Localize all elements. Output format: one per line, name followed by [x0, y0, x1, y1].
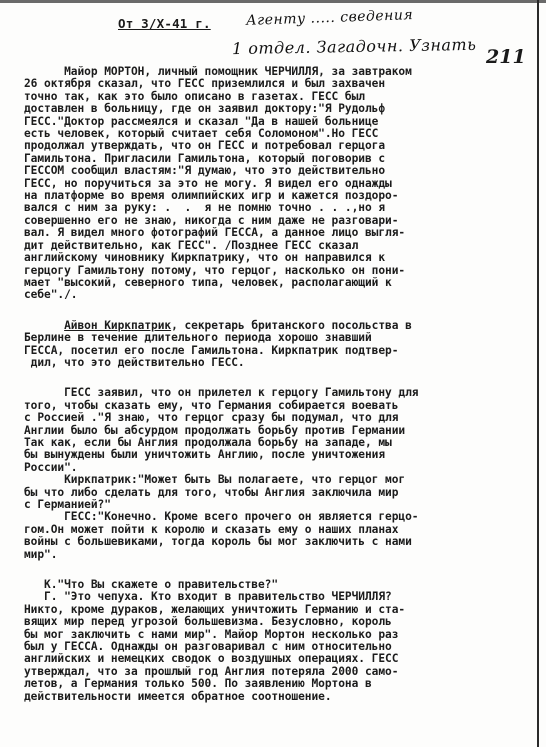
text-line: продолжал утверждать, что он ГЕСС и потр…: [24, 140, 514, 152]
text-line: английских и немецких сводок о воздушных…: [24, 653, 514, 665]
text-line: вал. Я видел много фотографий ГЕССА, а д…: [24, 227, 514, 239]
text-line: 26 октября сказал, что ГЕСС приземлился …: [24, 78, 514, 90]
document-body: Майор МОРТОН, личный помощник ЧЕРЧИЛЛЯ, …: [24, 66, 514, 703]
text-line: летов, а Германия только 500. По заявлен…: [24, 678, 514, 690]
text-line: ГЕСС:"Конечно. Кроме всего прочего он яв…: [24, 511, 514, 523]
underlined-name: Айвон Киркпатрик: [64, 319, 171, 332]
page-number: 211: [486, 46, 526, 68]
text-line: мает "высокий, северного типа, человек, …: [24, 277, 514, 289]
paragraph-kirkpatrick-visit: Айвон Киркпатрик, секретарь британского …: [24, 320, 514, 370]
text-line: бы вынуждены были уничтожить Англию, пос…: [24, 449, 514, 461]
text-line: доставлен в больницу, где он заявил докт…: [24, 103, 514, 115]
paragraph-morton-report: Майор МОРТОН, личный помощник ЧЕРЧИЛЛЯ, …: [24, 66, 514, 302]
text-line: дил, что это действительно ГЕСС.: [24, 357, 514, 369]
text-line: вящих мир перед угрозой большевизма. Без…: [24, 616, 514, 628]
text-line: ГЕСС заявил, что он прилетел к герцогу Г…: [24, 387, 514, 399]
text-line: с Россией ."Я знаю, что герцог сразу бы …: [24, 412, 514, 424]
text-line: себе"./.: [24, 289, 514, 301]
handwritten-note-line-2: 1 отдел. Загадочн. Узнать: [232, 35, 477, 58]
paragraph-hess-statement: ГЕСС заявил, что он прилетел к герцогу Г…: [24, 387, 514, 561]
page-top-edge: [0, 0, 546, 3]
text-line: действительности имеется обратное соотно…: [24, 691, 514, 703]
page-right-border: [537, 0, 539, 747]
text-line: вался с ним за руку: . . я не помню точн…: [24, 202, 514, 214]
paragraph-government-dialogue: К."Что Вы скажете о правительстве?" Г. "…: [24, 579, 514, 703]
handwritten-note-line-1: Агенту ..... сведения: [246, 7, 414, 29]
text-line: Берлине в течение длительного периода хо…: [24, 332, 514, 344]
document-date: От 3/Х-41 г.: [118, 16, 211, 31]
text-line: английскому чиновнику Киркпатрику, что о…: [24, 252, 514, 264]
text-line: Киркпатрик:"Может быть Вы полагаете, что…: [24, 474, 514, 486]
text-line: ГЕССОМ сообщил властям:"Я думаю, что это…: [24, 165, 514, 177]
date-text: От 3/Х-41 г.: [118, 16, 211, 31]
text-line: мир".: [24, 549, 514, 561]
text-line: войны с большевиками, тогда король бы мо…: [24, 536, 514, 548]
document-page: От 3/Х-41 г. Агенту ..... сведения 1 отд…: [0, 0, 546, 747]
text-line: Г. "Это чепуха. Кто входит в правительст…: [24, 591, 514, 603]
